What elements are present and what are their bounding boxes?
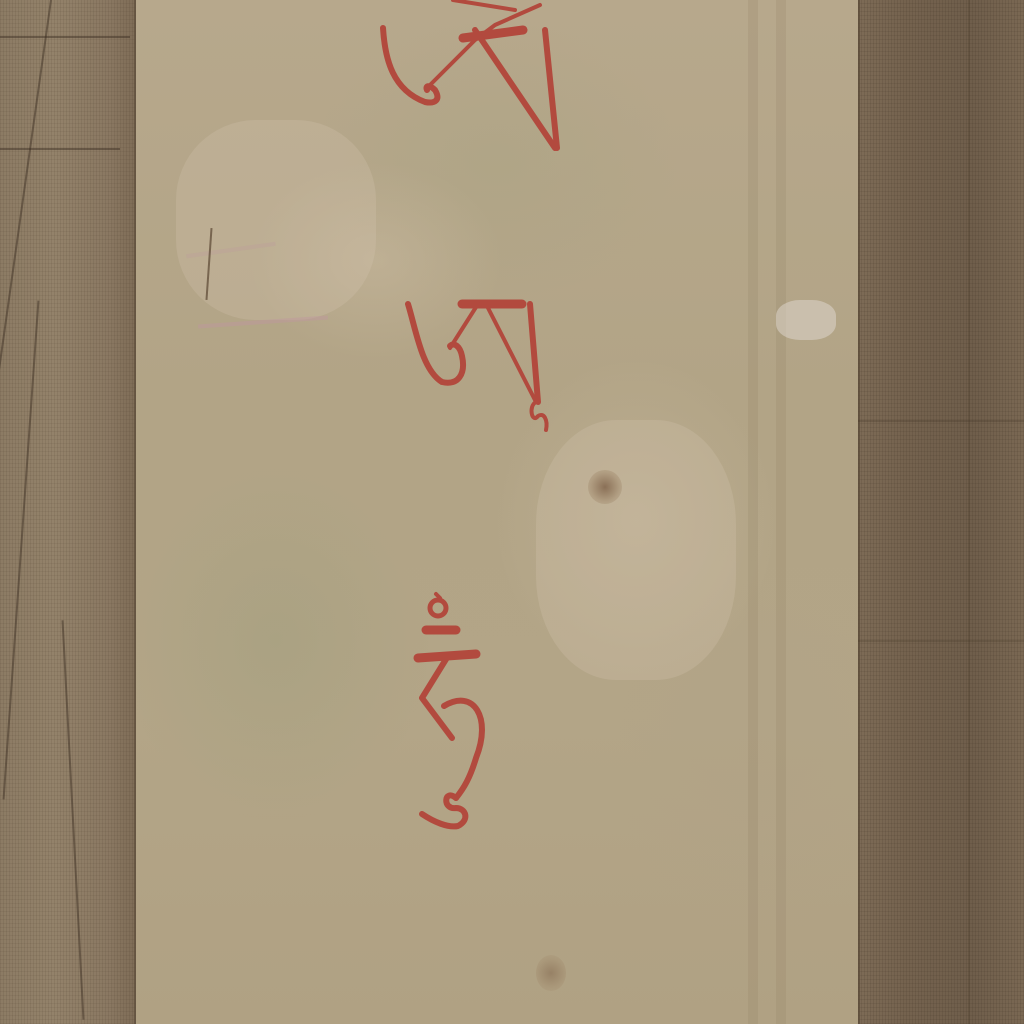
syllable-ah: Ah xyxy=(402,290,562,440)
paint-loss xyxy=(776,300,836,340)
stain-spot xyxy=(536,955,566,991)
fabric-crease xyxy=(0,36,130,38)
fabric-crease xyxy=(62,620,84,1020)
panel-stripe xyxy=(748,0,758,1024)
left-fabric-border xyxy=(0,0,136,1024)
syllable-hum: Hum xyxy=(404,588,504,838)
panel-stripe xyxy=(776,0,786,1024)
right-fabric-border xyxy=(858,0,1024,1024)
faded-figure xyxy=(536,420,736,680)
fabric-crease xyxy=(858,420,1024,422)
stain-spot xyxy=(588,470,622,504)
thangka-back-photo: Om Ah Hum xyxy=(0,0,1024,1024)
fabric-crease xyxy=(968,0,970,1024)
fabric-crease xyxy=(3,301,39,800)
fabric-crease xyxy=(0,0,51,416)
fabric-crease xyxy=(858,640,1024,642)
fabric-crease xyxy=(0,148,120,150)
syllable-om: Om xyxy=(375,0,575,160)
